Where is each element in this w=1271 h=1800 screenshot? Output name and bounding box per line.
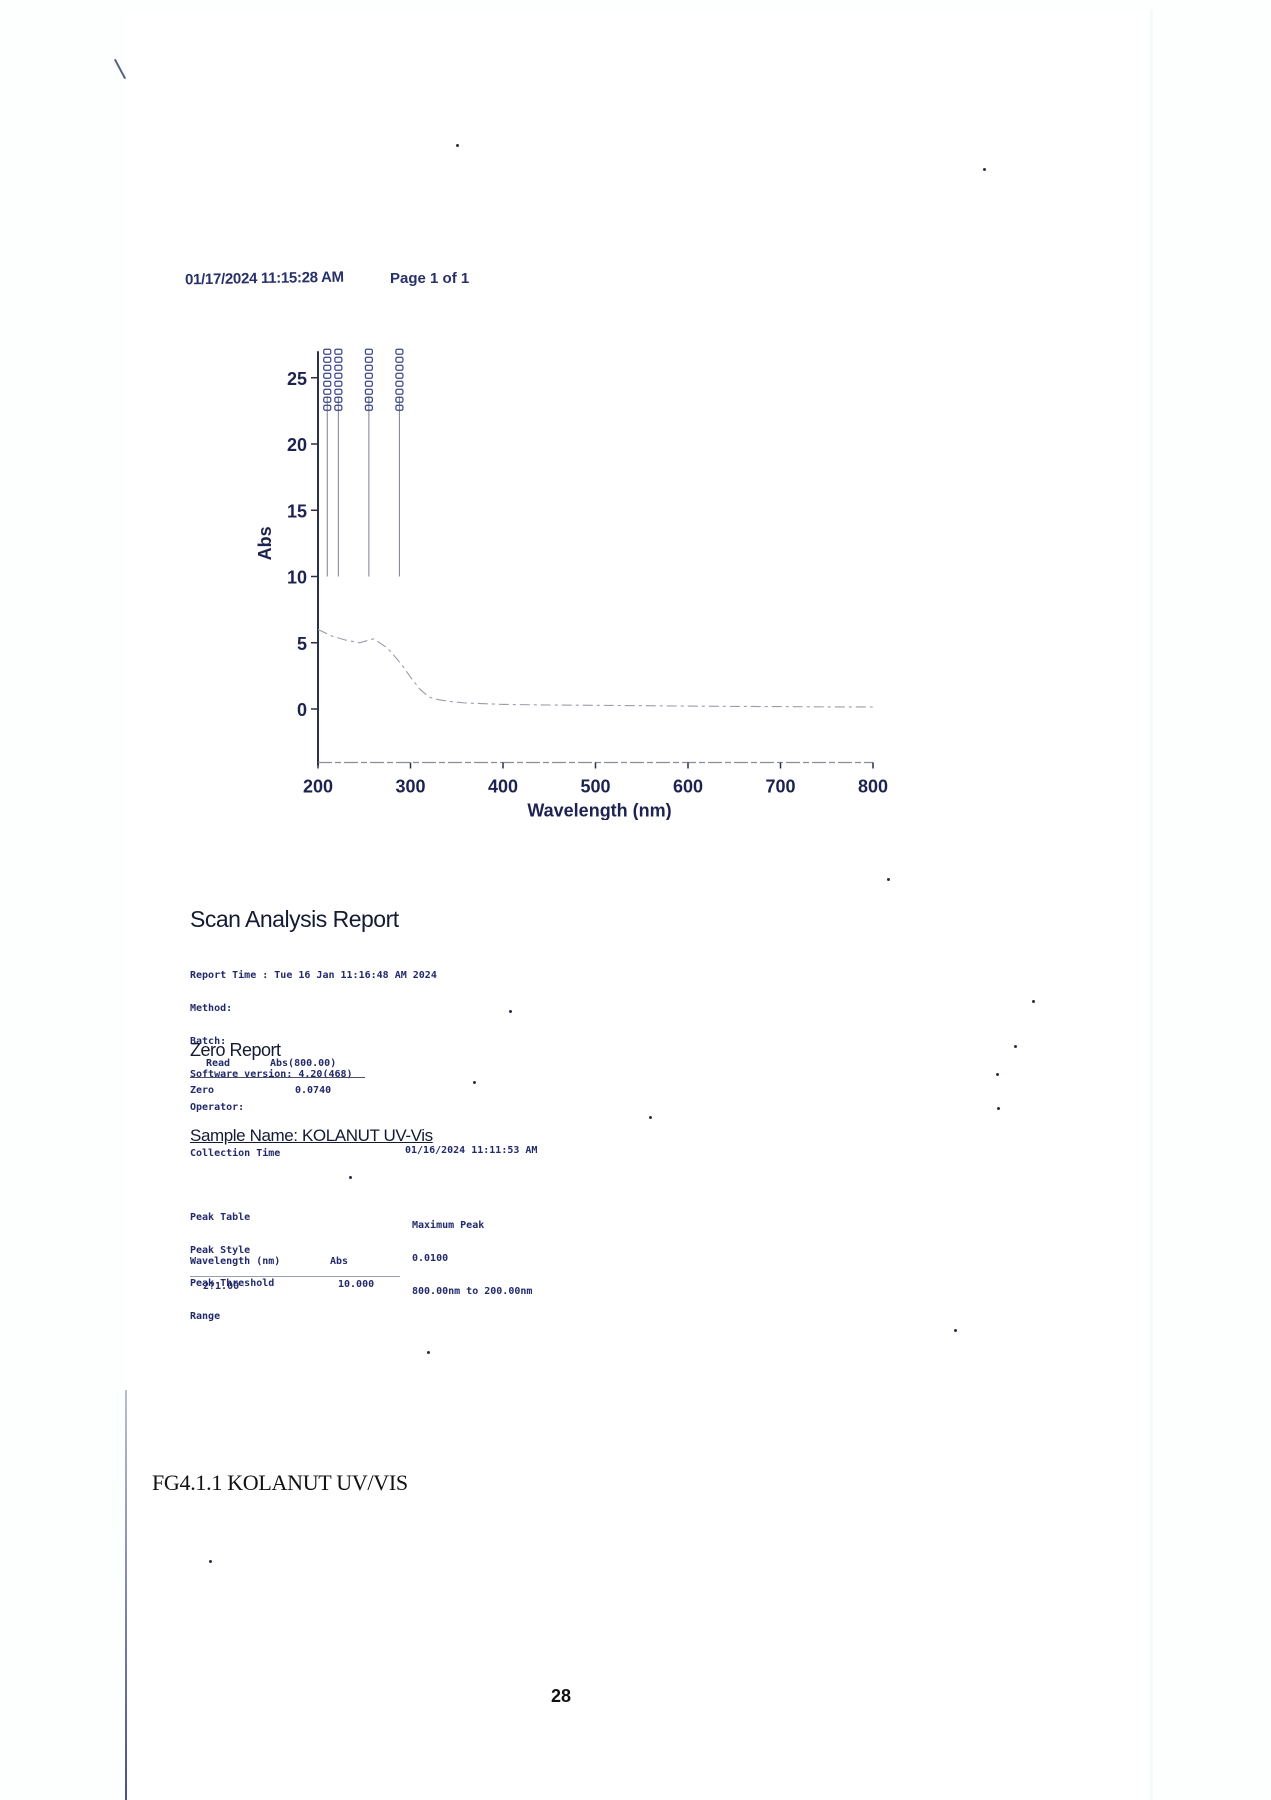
scan-speck: [887, 878, 890, 881]
scan-speck: [954, 1329, 957, 1332]
peak-label-glyph: [396, 357, 403, 362]
binding-edge-line: [125, 1390, 127, 1800]
peak-label-glyph: [396, 349, 403, 354]
value-peak-threshold: 0.0100: [412, 1253, 532, 1264]
x-tick-label: 200: [303, 777, 333, 797]
peak-settings-values: Maximum Peak 0.0100 800.00nm to 200.00nm: [412, 1198, 532, 1308]
y-tick-label: 10: [287, 568, 307, 588]
label-range: Range: [190, 1311, 274, 1322]
collection-time-value: 01/16/2024 11:11:53 AM: [405, 1145, 537, 1156]
peak-label-glyph: [324, 389, 331, 394]
scan-speck: [209, 1560, 212, 1563]
scan-speck: [427, 1351, 430, 1354]
meta-software-version: Software version: 4.20(468): [190, 1069, 437, 1080]
collection-time-label: Collection Time: [190, 1148, 280, 1159]
peak-label-glyph: [396, 389, 403, 394]
spectrum-line: [318, 630, 873, 708]
divider: [190, 1077, 365, 1078]
x-tick-label: 400: [488, 777, 518, 797]
y-axis-title: Abs: [255, 526, 275, 560]
peak-label-glyph: [365, 381, 372, 386]
divider: [190, 1276, 400, 1277]
meta-method: Method:: [190, 1003, 437, 1014]
x-tick-label: 300: [395, 777, 425, 797]
scan-speck: [509, 1010, 512, 1013]
peak-label-glyph: [324, 349, 331, 354]
peak-label-glyph: [365, 349, 372, 354]
peak-label-glyph: [365, 357, 372, 362]
peak-label-glyph: [396, 365, 403, 370]
uv-vis-spectrum-chart: 2003004005006007008000510152025Wavelengt…: [0, 0, 1271, 820]
zero-col-read: Read: [206, 1058, 230, 1069]
x-tick-label: 500: [580, 777, 610, 797]
peak-row-wavelength: 2?1.00: [203, 1281, 239, 1292]
zero-col-abs: Abs(800.00): [270, 1058, 336, 1069]
figure-caption: FG4.1.1 KOLANUT UV/VIS: [152, 1470, 408, 1496]
y-tick-label: 25: [287, 369, 307, 389]
scan-speck: [1014, 1045, 1017, 1048]
scan-speck: [649, 1116, 652, 1119]
report-meta: Report Time : Tue 16 Jan 11:16:48 AM 202…: [190, 948, 437, 1124]
scan-speck: [349, 1176, 352, 1179]
peak-label-glyph: [335, 349, 342, 354]
peak-label-glyph: [335, 373, 342, 378]
peak-label-glyph: [365, 365, 372, 370]
y-tick-label: 0: [297, 700, 307, 720]
scan-speck: [473, 1081, 476, 1084]
peak-label-glyph: [335, 357, 342, 362]
peak-label-glyph: [365, 389, 372, 394]
scan-speck: [996, 1073, 999, 1076]
peak-label-glyph: [335, 365, 342, 370]
peak-label-glyph: [324, 373, 331, 378]
y-tick-label: 15: [287, 501, 307, 521]
peak-row-abs: 10.000: [338, 1279, 374, 1290]
peak-label-glyph: [396, 373, 403, 378]
x-tick-label: 700: [765, 777, 795, 797]
zero-row-value: 0.0740: [295, 1085, 331, 1096]
peak-label-glyph: [396, 381, 403, 386]
scan-speck: [1032, 1000, 1035, 1003]
peak-label-glyph: [324, 365, 331, 370]
peak-label-glyph: [324, 381, 331, 386]
peak-label-glyph: [324, 357, 331, 362]
peak-col-wavelength: Wavelength (nm): [190, 1256, 280, 1267]
scan-speck: [997, 1107, 1000, 1110]
x-tick-label: 800: [858, 777, 888, 797]
page-number: 28: [551, 1686, 571, 1707]
zero-row-label: Zero: [190, 1085, 214, 1096]
peak-label-glyph: [365, 373, 372, 378]
y-tick-label: 5: [297, 634, 307, 654]
value-range: 800.00nm to 200.00nm: [412, 1286, 532, 1297]
x-axis-title: Wavelength (nm): [527, 801, 671, 821]
peak-label-glyph: [335, 381, 342, 386]
label-peak-table: Peak Table: [190, 1212, 274, 1223]
label-peak-style: Peak Style: [190, 1245, 274, 1256]
x-tick-label: 600: [673, 777, 703, 797]
sample-name: Sample Name: KOLANUT UV-Vis: [190, 1126, 433, 1146]
meta-report-time: Report Time : Tue 16 Jan 11:16:48 AM 202…: [190, 970, 437, 981]
zero-report-title: Zero Report: [190, 1040, 281, 1061]
peak-col-abs: Abs: [330, 1256, 348, 1267]
meta-operator: Operator:: [190, 1102, 437, 1113]
report-title: Scan Analysis Report: [190, 906, 399, 933]
value-peak-style: Maximum Peak: [412, 1220, 532, 1231]
peak-label-glyph: [335, 389, 342, 394]
y-tick-label: 20: [287, 435, 307, 455]
